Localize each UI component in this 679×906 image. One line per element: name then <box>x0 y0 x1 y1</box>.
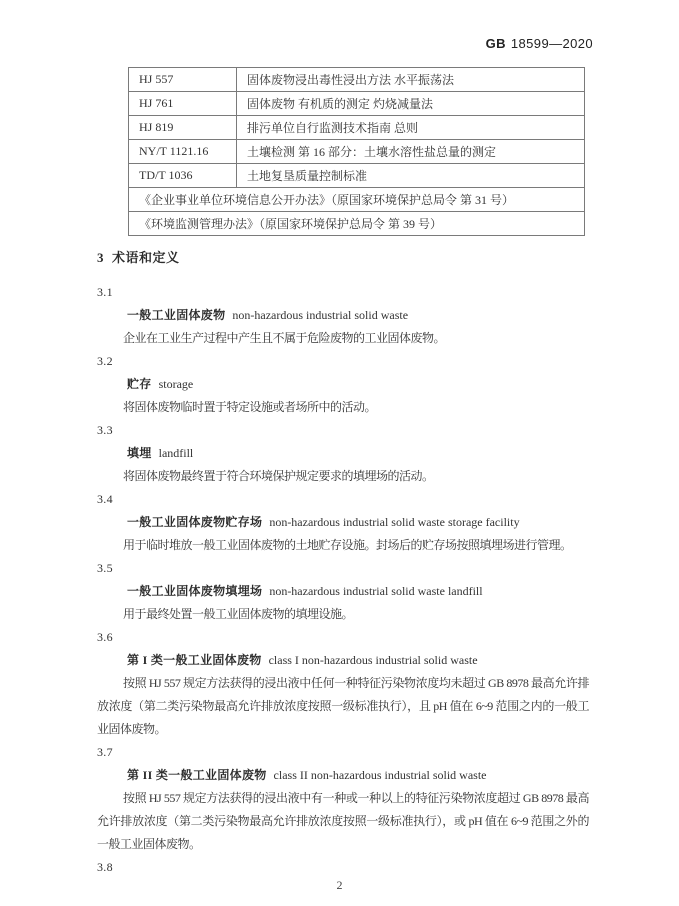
section-heading: 3术语和定义 <box>97 246 589 269</box>
term-definition: 将固体废物临时置于特定设施或者场所中的活动。 <box>97 396 589 419</box>
term-title: 一般工业固体废物填埋场non-hazardous industrial soli… <box>97 580 589 603</box>
reference-title-cell: 土壤检测 第 16 部分：土壤水溶性盐总量的测定 <box>237 140 585 164</box>
term-definition: 按照 HJ 557 规定方法获得的浸出液中任何一种特征污染物浓度均未超过 GB … <box>97 672 589 741</box>
term-block-3-1: 3.1 一般工业固体废物non-hazardous industrial sol… <box>97 281 589 350</box>
reference-fullwidth-cell: 《环境监测管理办法》（原国家环境保护总局令 第 39 号） <box>129 212 585 236</box>
term-definition: 企业在工业生产过程中产生且不属于危险废物的工业固体废物。 <box>97 327 589 350</box>
term-definition: 按照 HJ 557 规定方法获得的浸出液中有一种或一种以上的特征污染物浓度超过 … <box>97 787 589 856</box>
term-block-3-4: 3.4 一般工业固体废物贮存场non-hazardous industrial … <box>97 488 589 557</box>
section-number: 3 <box>97 250 104 265</box>
reference-fullwidth-cell: 《企业事业单位环境信息公开办法》（原国家环境保护总局令 第 31 号） <box>129 188 585 212</box>
table-row: HJ 557 固体废物浸出毒性浸出方法 水平振荡法 <box>129 68 585 92</box>
term-zh: 一般工业固体废物贮存场 <box>127 515 262 529</box>
term-title: 贮存storage <box>97 373 589 396</box>
term-definition: 将固体废物最终置于符合环境保护规定要求的填埋场的活动。 <box>97 465 589 488</box>
document-page: GB18599—2020 HJ 557 固体废物浸出毒性浸出方法 水平振荡法 H… <box>0 0 679 906</box>
reference-title-cell: 固体废物 有机质的测定 灼烧减量法 <box>237 92 585 116</box>
term-en: non-hazardous industrial solid waste <box>232 308 408 322</box>
standard-code-number: 18599—2020 <box>511 36 593 51</box>
term-zh: 填埋 <box>127 446 152 460</box>
term-zh: 第 I 类一般工业固体废物 <box>127 653 262 667</box>
term-en: non-hazardous industrial solid waste sto… <box>269 515 519 529</box>
term-en: non-hazardous industrial solid waste lan… <box>269 584 482 598</box>
term-zh: 贮存 <box>127 377 152 391</box>
term-definition: 用于最终处置一般工业固体废物的填埋设施。 <box>97 603 589 626</box>
table-row: NY/T 1121.16 土壤检测 第 16 部分：土壤水溶性盐总量的测定 <box>129 140 585 164</box>
term-en: class I non-hazardous industrial solid w… <box>269 653 478 667</box>
reference-code-cell: HJ 819 <box>129 116 237 140</box>
reference-title-cell: 土地复垦质量控制标准 <box>237 164 585 188</box>
term-block-3-5: 3.5 一般工业固体废物填埋场non-hazardous industrial … <box>97 557 589 626</box>
page-number: 2 <box>0 878 679 893</box>
section-title: 术语和定义 <box>112 250 180 265</box>
terms-and-definitions-section: 3术语和定义 3.1 一般工业固体废物non-hazardous industr… <box>97 246 589 879</box>
term-number: 3.3 <box>97 419 589 442</box>
term-en: landfill <box>159 446 194 460</box>
term-number: 3.8 <box>97 856 589 879</box>
reference-title-cell: 固体废物浸出毒性浸出方法 水平振荡法 <box>237 68 585 92</box>
table-row: 《企业事业单位环境信息公开办法》（原国家环境保护总局令 第 31 号） <box>129 188 585 212</box>
term-zh: 一般工业固体废物填埋场 <box>127 584 262 598</box>
term-number: 3.4 <box>97 488 589 511</box>
term-title: 第 I 类一般工业固体废物class I non-hazardous indus… <box>97 649 589 672</box>
term-number: 3.7 <box>97 741 589 764</box>
table-row: HJ 819 排污单位自行监测技术指南 总则 <box>129 116 585 140</box>
term-block-3-3: 3.3 填埋landfill 将固体废物最终置于符合环境保护规定要求的填埋场的活… <box>97 419 589 488</box>
term-number: 3.2 <box>97 350 589 373</box>
reference-code-cell: TD/T 1036 <box>129 164 237 188</box>
reference-code-cell: HJ 761 <box>129 92 237 116</box>
reference-code-cell: HJ 557 <box>129 68 237 92</box>
reference-title-cell: 排污单位自行监测技术指南 总则 <box>237 116 585 140</box>
table-row: TD/T 1036 土地复垦质量控制标准 <box>129 164 585 188</box>
term-zh: 一般工业固体废物 <box>127 308 225 322</box>
table-row: 《环境监测管理办法》（原国家环境保护总局令 第 39 号） <box>129 212 585 236</box>
term-title: 第 II 类一般工业固体废物class II non-hazardous ind… <box>97 764 589 787</box>
reference-code-cell: NY/T 1121.16 <box>129 140 237 164</box>
term-block-3-2: 3.2 贮存storage 将固体废物临时置于特定设施或者场所中的活动。 <box>97 350 589 419</box>
term-number: 3.6 <box>97 626 589 649</box>
term-title: 填埋landfill <box>97 442 589 465</box>
term-number: 3.5 <box>97 557 589 580</box>
term-en: storage <box>159 377 194 391</box>
table-row: HJ 761 固体废物 有机质的测定 灼烧减量法 <box>129 92 585 116</box>
standard-code-prefix: GB <box>486 36 506 51</box>
standard-code-header: GB18599—2020 <box>486 36 593 51</box>
normative-references-table: HJ 557 固体废物浸出毒性浸出方法 水平振荡法 HJ 761 固体废物 有机… <box>128 67 585 236</box>
term-number: 3.1 <box>97 281 589 304</box>
term-block-3-7: 3.7 第 II 类一般工业固体废物class II non-hazardous… <box>97 741 589 856</box>
term-zh: 第 II 类一般工业固体废物 <box>127 768 267 782</box>
term-title: 一般工业固体废物贮存场non-hazardous industrial soli… <box>97 511 589 534</box>
term-block-3-6: 3.6 第 I 类一般工业固体废物class I non-hazardous i… <box>97 626 589 741</box>
term-definition: 用于临时堆放一般工业固体废物的土地贮存设施。封场后的贮存场按照填埋场进行管理。 <box>97 534 589 557</box>
term-title: 一般工业固体废物non-hazardous industrial solid w… <box>97 304 589 327</box>
term-block-3-8: 3.8 <box>97 856 589 879</box>
term-en: class II non-hazardous industrial solid … <box>274 768 487 782</box>
